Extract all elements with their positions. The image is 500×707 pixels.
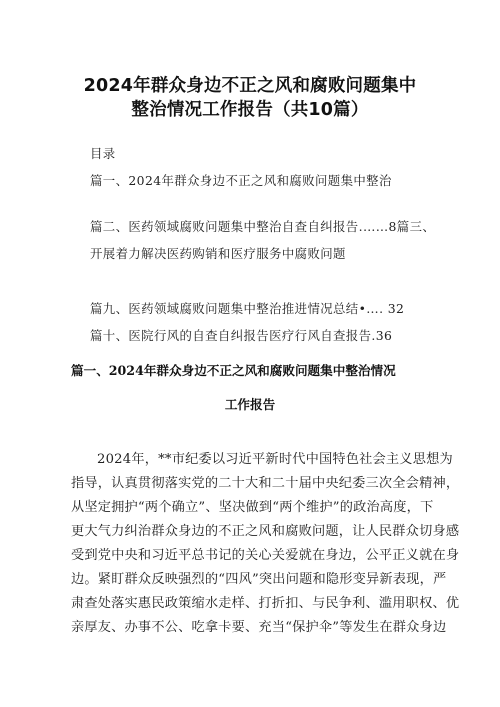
toc-entry-9[interactable]: 篇九、医药领域腐败问题集中整治推进情况总结•…. 32 — [90, 299, 404, 317]
body-paragraph-line: 更大气力纠治群众身边的不正之风和腐败问题，让人民群众切身感 — [71, 520, 431, 539]
toc-entry-10[interactable]: 篇十、医院行风的自查自纠报告医疗行风自查报告.36 — [90, 326, 392, 344]
body-paragraph-line: 肃查处落实惠民政策缩水走样、打折扣、与民争利、滥用职权、优 — [71, 592, 431, 611]
body-paragraph-line: 受到党中央和习近平总书记的关心关爱就在身边，公平正义就在身 — [71, 544, 431, 563]
section-heading: 篇一、2024年群众身边不正之风和腐败问题集中整治情况 — [71, 360, 396, 379]
body-paragraph-line: 亲厚友、办事不公、吃拿卡要、充当“保护伞”等发生在群众身边 — [71, 616, 431, 635]
document-title-line-2: 整治情况工作报告（共10篇） — [0, 96, 500, 121]
document-page: 2024年群众身边不正之风和腐败问题集中 整治情况工作报告（共10篇） 目录 篇… — [0, 0, 500, 707]
body-paragraph-line: 从坚定拥护“两个确立”、坚决做到“两个维护”的政治高度，下 — [71, 496, 431, 515]
section-subheading: 工作报告 — [0, 394, 500, 413]
toc-entry-2[interactable]: 篇二、医药领域腐败问题集中整治自查自纠报告.……8篇三、 — [90, 217, 435, 235]
body-paragraph-line: 边。紧盯群众反映强烈的“四风”突出问题和隐形变异新表现，严 — [71, 568, 431, 587]
document-title-line-1: 2024年群众身边不正之风和腐败问题集中 — [0, 72, 500, 97]
body-paragraph-line: 指导，认真贯彻落实党的二十大和二十届中央纪委三次全会精神， — [71, 472, 431, 491]
toc-entry-3[interactable]: 开展着力解决医药购销和医疗服务中腐败问题 — [90, 244, 346, 262]
toc-label: 目录 — [90, 144, 116, 162]
body-paragraph-line: 2024年，**市纪委以习近平新时代中国特色社会主义思想为 — [97, 448, 457, 467]
toc-entry-1[interactable]: 篇一、2024年群众身边不正之风和腐败问题集中整治 — [90, 171, 392, 189]
